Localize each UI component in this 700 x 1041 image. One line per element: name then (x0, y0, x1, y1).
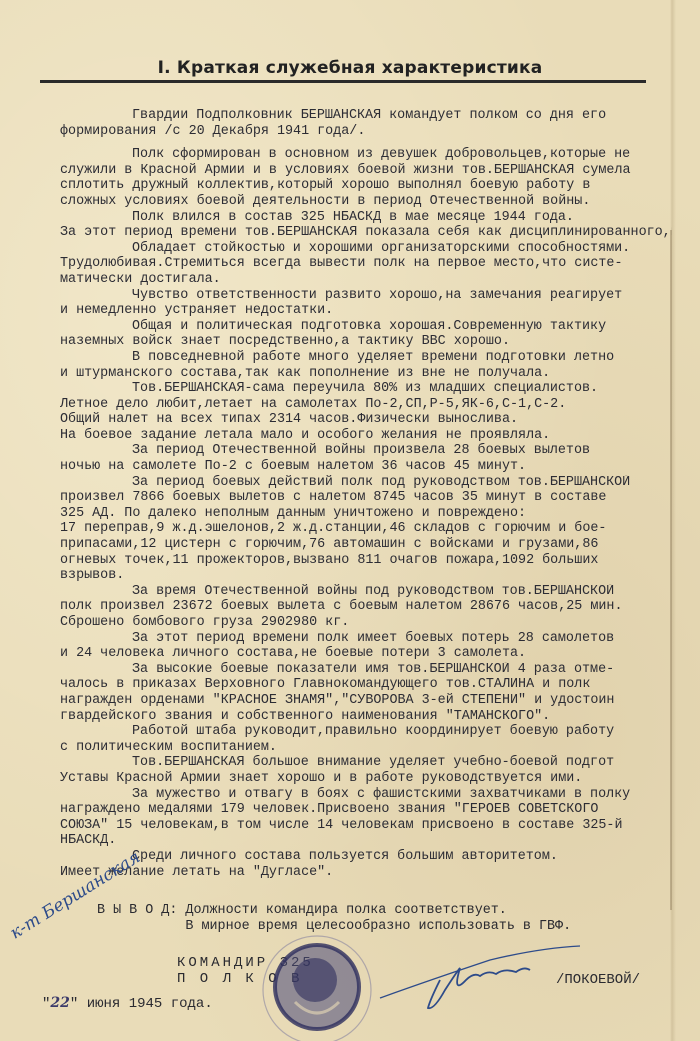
date-day: 22 (50, 995, 69, 1011)
paragraph-line: Общая и политическая подготовка хорошая.… (60, 319, 672, 335)
paragraph-line: сплотить дружный коллектив,который хорош… (60, 178, 672, 194)
paragraph-line: За мужество и отвагу в боях с фашистским… (60, 787, 672, 803)
paragraph-line: Чувство ответственности развито хорошо,н… (60, 288, 672, 304)
paragraph-line: СОЮЗА" 15 человекам,в том числе 14 челов… (60, 818, 672, 834)
paragraph-line: Уставы Красной Армии знает хорошо и в ра… (60, 771, 672, 787)
characteristic-body: Гвардии Подполковник БЕРШАНСКАЯ командуе… (60, 108, 672, 880)
paragraph-line: сложных условиях боевой деятельности в п… (60, 194, 672, 210)
spacer (60, 139, 672, 147)
paragraph-line: За время Отечественной войны под руковод… (60, 584, 672, 600)
paragraph-line: Гвардии Подполковник БЕРШАНСКАЯ командуе… (60, 108, 672, 124)
document-title: I. Краткая служебная характеристика (0, 58, 700, 78)
paragraph-line: наземных войск знает посредственно,а так… (60, 334, 672, 350)
document-date: "22" июня 1945 года. (42, 995, 213, 1012)
paragraph-line: взрывов. (60, 568, 672, 584)
paragraph-line: В повседневной работе много уделяет врем… (60, 350, 672, 366)
paragraph-line: Трудолюбивая.Стремиться всегда вывести п… (60, 256, 672, 272)
paragraph-line: Среди личного состава пользуется большим… (60, 849, 672, 865)
conclusion-label: В Ы В О Д: (97, 903, 177, 918)
paragraph-line: матически достигала. (60, 272, 672, 288)
conclusion-line-2: В мирное время целесообразно использоват… (185, 919, 571, 934)
paragraph-line: Сброшено бомбового груза 2902980 кг. (60, 615, 672, 631)
paragraph-line: Тов.БЕРШАНСКАЯ-сама переучила 80% из мла… (60, 381, 672, 397)
paragraph-line: полк произвел 23672 боевых вылета с боев… (60, 599, 672, 615)
paragraph-line: Общий налет на всех типах 2314 часов.Физ… (60, 412, 672, 428)
paragraph-line: Тов.БЕРШАНСКАЯ большое внимание уделяет … (60, 755, 672, 771)
paragraph-line: Полк влился в состав 325 НБАСКД в мае ме… (60, 210, 672, 226)
paragraph-line: За период боевых действий полк под руков… (60, 475, 672, 491)
signer-name: /ПОКОЕВОЙ/ (556, 972, 640, 988)
paragraph-line: и немедленно устраняет недостатки. (60, 303, 672, 319)
paragraph-line: огневых точек,11 прожекторов,вызвано 811… (60, 553, 672, 569)
title-underline (40, 80, 646, 83)
document-page: I. Краткая служебная характеристика Гвар… (0, 0, 700, 1041)
paragraph-line: награжден орденами "КРАСНОЕ ЗНАМЯ","СУВО… (60, 693, 672, 709)
paragraph-line: Обладает стойкостью и хорошими организат… (60, 241, 672, 257)
paragraph-line: ночью на самолете По-2 с боевым налетом … (60, 459, 672, 475)
conclusion-line-1: Должности командира полка соответствует. (185, 903, 506, 918)
paragraph-line: За этот период времени полк имеет боевых… (60, 631, 672, 647)
paragraph-line: НБАСКД. (60, 833, 672, 849)
paragraph-line: За этот период времени тов.БЕРШАНСКАЯ по… (60, 225, 672, 241)
paragraph-line: Имеет желание летать на "Дугласе". (60, 865, 672, 881)
paragraph-line: 17 переправ,9 ж.д.эшелонов,2 ж.д.станции… (60, 521, 672, 537)
paragraph-line: припасами,12 цистерн с горючим,76 автома… (60, 537, 672, 553)
paragraph-line: и штурманского состава,так как пополнени… (60, 366, 672, 382)
paragraph-line: 325 АД. По далеко неполным данным уничто… (60, 506, 672, 522)
paragraph-line: За период Отечественной войны произвела … (60, 443, 672, 459)
paragraph-line: и 24 человека личного состава,не боевые … (60, 646, 672, 662)
paragraph-line: служили в Красной Армии и в условиях бое… (60, 163, 672, 179)
official-seal-icon (255, 932, 375, 1041)
paragraph-line: Летное дело любит,летает на самолетах По… (60, 397, 672, 413)
paragraph-line: Работой штаба руководит,правильно коорди… (60, 724, 672, 740)
paragraph-line: гвардейского звания и собственного наиме… (60, 709, 672, 725)
paragraph-line: с политическим воспитанием. (60, 740, 672, 756)
paragraph-line: На боевое задание летала мало и особого … (60, 428, 672, 444)
paragraph-line: награждено медалями 179 человек.Присвоен… (60, 802, 672, 818)
paragraph-line: формирования /с 20 Декабря 1941 года/. (60, 124, 672, 140)
paragraph-line: чалось в приказах Верховного Главнокоман… (60, 677, 672, 693)
date-month-year: июня 1945 года. (87, 996, 213, 1012)
paragraph-line: произвел 7866 боевых вылетов с налетом 8… (60, 490, 672, 506)
paragraph-line: За высокие боевые показатели имя тов.БЕР… (60, 662, 672, 678)
paragraph-line: Полк сформирован в основном из девушек д… (60, 147, 672, 163)
conclusion: В Ы В О Д: Должности командира полка соо… (97, 903, 571, 935)
